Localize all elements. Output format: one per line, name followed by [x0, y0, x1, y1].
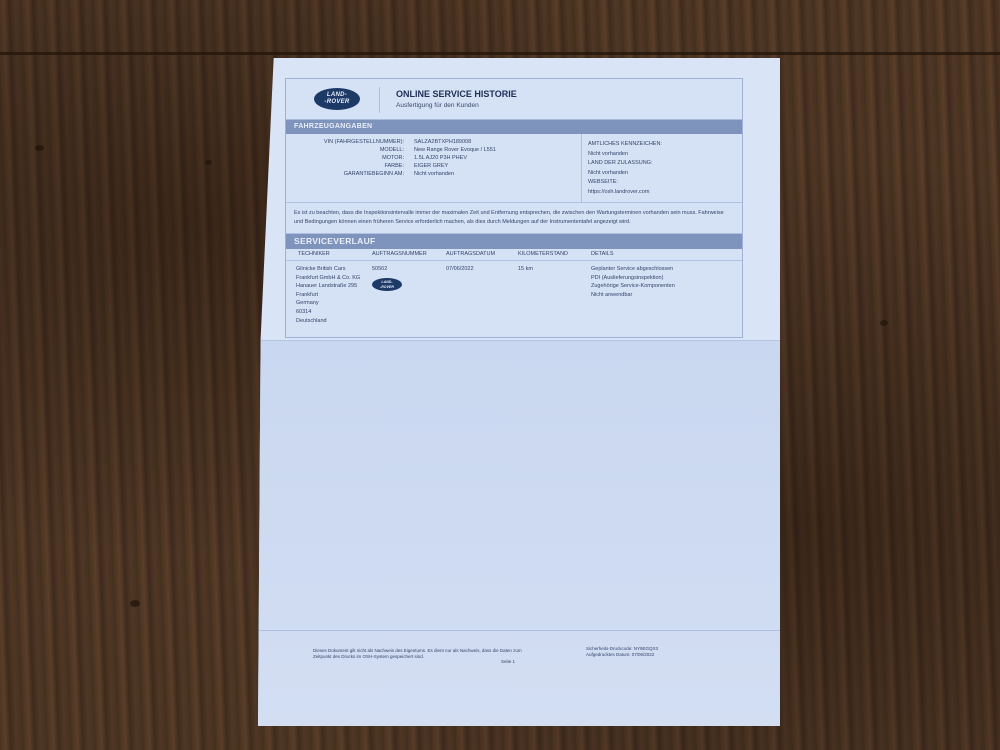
- wood-knot: [35, 145, 44, 151]
- wood-knot: [130, 600, 140, 607]
- column-order-number: AUFTRAGSNUMMER: [372, 251, 427, 257]
- document-header: LAND- -ROVER ONLINE SERVICE HISTORIE Aus…: [286, 79, 742, 120]
- footer-divider: [258, 630, 780, 631]
- registration-country-label: LAND DER ZULASSUNG:: [588, 160, 662, 166]
- inspection-note: Es ist zu beachten, dass die Inspektions…: [286, 203, 742, 234]
- document-subtitle: Ausfertigung für den Kunden: [396, 102, 479, 109]
- document-title: ONLINE SERVICE HISTORIE: [396, 89, 517, 99]
- column-order-date: AUFTRAGSDATUM: [446, 251, 495, 257]
- header-divider: [379, 87, 380, 113]
- technician-address: Glinicke British Cars Frankfurt GmbH & C…: [296, 265, 360, 325]
- column-technician: TECHNIKER: [298, 251, 330, 257]
- page-number: Seite 1: [501, 659, 515, 664]
- vehicle-details-right: AMTLICHES KENNZEICHEN: Nicht vorhanden L…: [588, 138, 662, 195]
- order-date: 07/06/2022: [446, 265, 474, 274]
- dealer-land-rover-logo-icon: LAND- -ROVER: [372, 278, 402, 291]
- land-rover-logo-icon: LAND- -ROVER: [314, 88, 360, 110]
- column-mileage: KILOMETERSTAND: [518, 251, 568, 257]
- license-plate-label: AMTLICHES KENNZEICHEN:: [588, 141, 662, 147]
- service-table-header: TECHNIKER AUFTRAGSNUMMER AUFTRAGSDATUM K…: [286, 249, 742, 261]
- vehicle-details-left: VIN (FAHRGESTELLNUMMER): SALZA2BTXPH1890…: [286, 134, 582, 202]
- service-section-title: SERVICEVERLAUF: [286, 234, 742, 249]
- service-history-paper: LAND- -ROVER ONLINE SERVICE HISTORIE Aus…: [258, 58, 780, 726]
- print-date: Aufgedrucktes Datum: 07/06/2022: [586, 652, 658, 658]
- website-label: WEBSEITE:: [588, 179, 662, 185]
- footer-print-info: Sicherheits-Druckcode: NY9EGQX3 Aufgedru…: [586, 646, 658, 658]
- website-link[interactable]: https://osh.landrover.com: [588, 189, 662, 195]
- order-number: 50562: [372, 265, 387, 274]
- wood-knot: [880, 320, 888, 326]
- license-plate-value: Nicht vorhanden: [588, 151, 662, 157]
- service-details: Geplanter Service abgeschlossen PDI (Aus…: [591, 265, 675, 299]
- table-seam: [0, 52, 1000, 55]
- column-details: DETAILS: [591, 251, 614, 257]
- footer-disclaimer: Dieses Dokument gilt nicht als Nachweis …: [313, 648, 523, 660]
- registration-country-value: Nicht vorhanden: [588, 170, 662, 176]
- paper-fold-lower: [258, 340, 780, 727]
- wood-knot: [205, 160, 212, 165]
- vehicle-details: VIN (FAHRGESTELLNUMMER): SALZA2BTXPH1890…: [286, 134, 742, 203]
- service-history-sheet: LAND- -ROVER ONLINE SERVICE HISTORIE Aus…: [285, 78, 743, 338]
- service-table-row: Glinicke British Cars Frankfurt GmbH & C…: [286, 261, 742, 319]
- vehicle-section-title: FAHRZEUGANGABEN: [286, 120, 742, 134]
- mileage: 15 km: [518, 265, 533, 274]
